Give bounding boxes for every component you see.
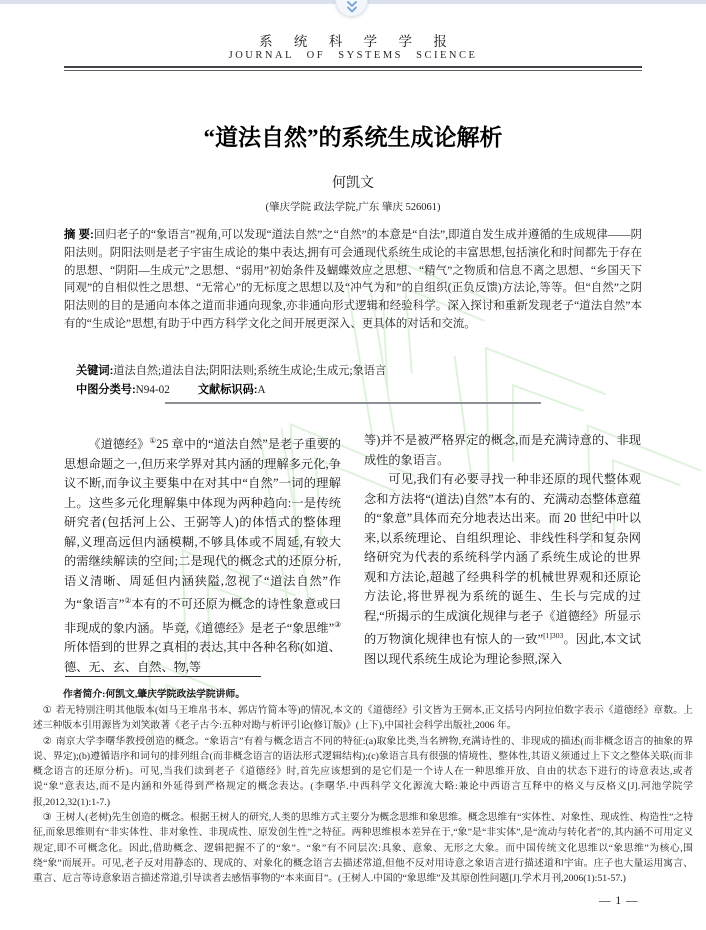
abstract: 摘 要:回归老子的“象语言”视角,可以发现“道法自然”之“自然”的本意是“自法”… [64,227,642,334]
footnote-number: ① [43,705,56,716]
abstract-text: 回归老子的“象语言”视角,可以发现“道法自然”之“自然”的本意是“自法”,即道自… [64,229,642,330]
footnote-number: ② [43,736,56,747]
paragraph: 《道德经》①25 章中的“道法自然”是老子重要的思想命题之一,但历来学界对其内涵… [64,431,341,677]
scroll-down-button[interactable] [335,0,368,17]
paragraph: 等)并不是被严格界定的概念,而是充满诗意的、非现成性的象语言。 [364,431,641,470]
footnote-ref-3: ③ [334,620,341,629]
abstract-label: 摘 要: [64,229,94,241]
footnote-item: ②南京大学李曙华教授创造的概念。“象语言”有着与概念语言不同的特征:(a)取象比… [33,734,693,810]
article-affiliation: (肇庆学院 政法学院,广东 肇庆 526061) [0,199,706,214]
footnote-divider [65,676,261,677]
footnote-number: ③ [43,812,56,823]
clc-label: 中图分类号: [76,384,136,396]
keywords-label: 关键词: [76,365,113,377]
journal-title-cn: 系 统 科 学 学 报 [0,30,706,50]
keywords-text: 道法自然;道法自法;阴阳法则;系统生成论;生成元;象语言 [113,365,386,377]
body-column-right: 等)并不是被严格界定的概念,而是充满诗意的、非现成性的象语言。 可见,我们有必要… [364,431,641,677]
footnote-item: ③王树人(老树)先生创造的概念。根据王树人的研究,人类的思维方式主要分为概念思维… [33,810,693,886]
classification-line: 中图分类号:N94-02文献标识码:A [64,381,642,397]
footnotes: ①若无特别注明其他版本(如马王堆帛书本、郭店竹简本等)的情况,本文的《道德经》引… [33,703,693,887]
page-number: — 1 — [599,895,639,907]
footnote-item: ①若无特别注明其他版本(如马王堆帛书本、郭店竹简本等)的情况,本文的《道德经》引… [33,703,693,734]
section-divider [165,402,541,404]
header-double-rule [64,66,642,71]
doc-code-label: 文献标识码: [198,384,258,396]
body-columns: 《道德经》①25 章中的“道法自然”是老子重要的思想命题之一,但历来学界对其内涵… [64,431,642,677]
paragraph: 可见,我们有必要寻找一种非还原的现代整体观念和方法将“(道法)自然”本有的、充满… [364,470,641,669]
journal-title-en: JOURNAL OF SYSTEMS SCIENCE [0,50,706,61]
citation-ref: [1]303 [543,631,563,640]
article-author: 何凯文 [0,172,706,192]
doc-code-value: A [258,384,266,396]
article-title: “道法自然”的系统生成论解析 [0,119,706,152]
author-bio: 作者简介:何凯文,肇庆学院政法学院讲师。 [63,686,245,700]
body-column-left: 《道德经》①25 章中的“道法自然”是老子重要的思想命题之一,但历来学界对其内涵… [64,431,341,677]
clc-value: N94-02 [136,384,170,396]
keywords-line: 关键词:道法自然;道法自法;阴阳法则;系统生成论;生成元;象语言 [64,362,642,378]
document-page: 系 统 科 学 学 报 JOURNAL OF SYSTEMS SCIENCE “… [0,0,706,930]
double-chevron-down-icon [345,1,359,14]
